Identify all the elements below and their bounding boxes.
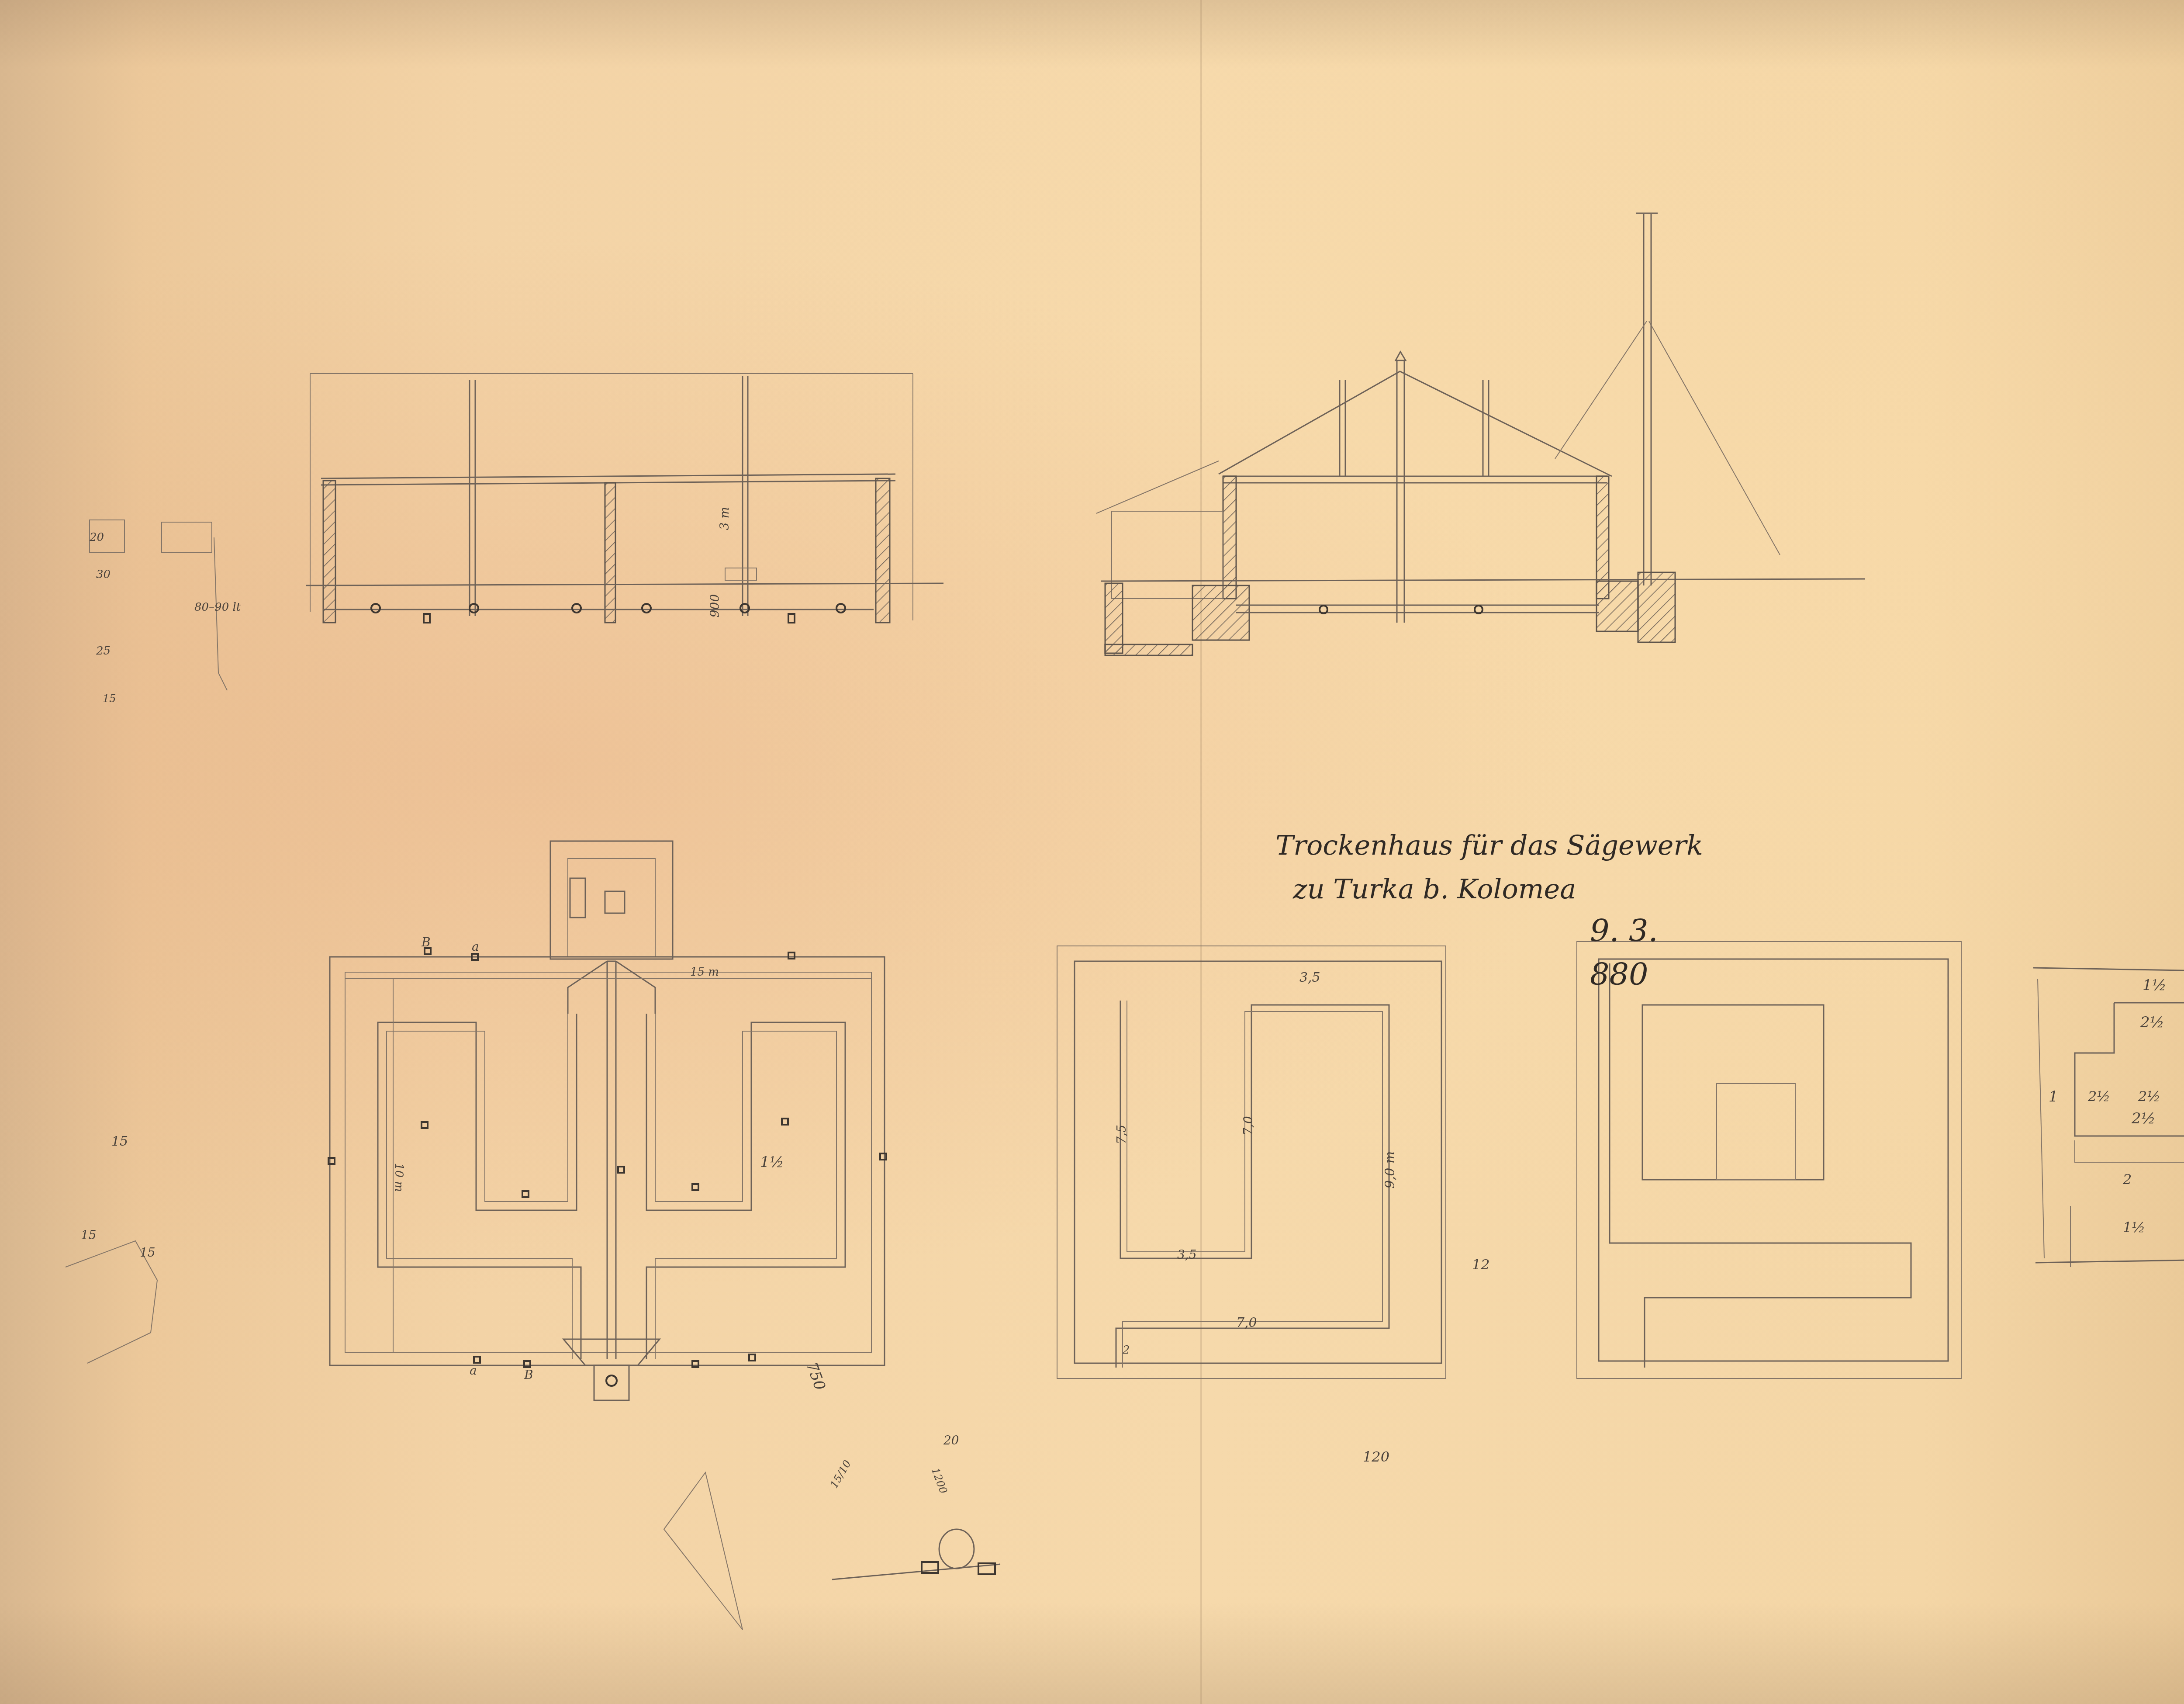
detail-bottom: 2 <box>2123 1171 2132 1188</box>
bottom-number-1: 20 <box>943 1433 959 1448</box>
elevation-depth-label: 900 <box>708 594 722 617</box>
cross-section <box>1096 213 1865 655</box>
margin-note-3: 25 <box>96 644 111 658</box>
margin-note-1: 20 <box>90 531 104 544</box>
flue-side-label: 12 <box>1472 1256 1490 1273</box>
plan-wall-label: 1½ <box>760 1153 784 1171</box>
drawing-canvas <box>0 0 2184 1704</box>
detail-left-inner: 2½ <box>2088 1088 2110 1105</box>
bottom-number-2: 120 <box>1363 1448 1389 1465</box>
margin-note-2: 30 <box>96 568 111 581</box>
flue-seg-top: 3,5 <box>1299 970 1320 985</box>
margin-lower-left-2: 15 <box>140 1245 156 1260</box>
margin-range-note: 80–90 lt <box>194 601 241 614</box>
detail-base: 1½ <box>2123 1219 2145 1236</box>
flue-seg-left-outer: 7,5 <box>1114 1125 1129 1144</box>
title-date: 9. 3. 880 <box>1590 909 1703 996</box>
margin-sketches <box>66 520 1000 1630</box>
detail-left-outer: 1 <box>2049 1088 2058 1105</box>
flue-seg-bottom-inner: 3,5 <box>1177 1247 1197 1262</box>
margin-plan-side: 15 <box>111 1134 128 1149</box>
plan-depth-label: 10 m <box>392 1163 405 1192</box>
detail-upper-box: 2½ <box>2140 1014 2164 1031</box>
detail-top: 1½ <box>2143 977 2167 994</box>
ground-plan <box>328 841 886 1400</box>
plan-mark-b-bottom: B <box>524 1368 533 1382</box>
detail-center: 2½ <box>2138 1088 2160 1105</box>
plan-mark-b: B <box>422 935 431 949</box>
margin-note-4: 15 <box>103 693 116 705</box>
plan-width-label: 15 m <box>690 966 719 979</box>
detail-plan <box>2033 968 2184 1267</box>
drawing-title: Trockenhaus für das Sägewerk zu Turka b.… <box>1275 824 1703 911</box>
flue-seg-right: 9,0 m <box>1382 1151 1398 1189</box>
margin-lower-left-1: 15 <box>81 1228 97 1242</box>
flue-seg-left-inner: 7,0 <box>1241 1116 1255 1136</box>
title-line-2: zu Turka b. Kolomea <box>1275 867 1703 911</box>
flue-seg-bottom: 7,0 <box>1236 1315 1257 1330</box>
longitudinal-elevation <box>306 374 943 623</box>
l-shaped-plan <box>1577 942 1961 1378</box>
flue-seg-end: 2 <box>1123 1344 1130 1357</box>
plan-mark-a: a <box>472 939 479 954</box>
detail-center-low: 2½ <box>2132 1110 2156 1127</box>
elevation-height-label: 3 m <box>717 507 732 530</box>
title-line-1: Trockenhaus für das Sägewerk <box>1275 824 1703 867</box>
plan-mark-a-bottom: a <box>470 1363 477 1378</box>
